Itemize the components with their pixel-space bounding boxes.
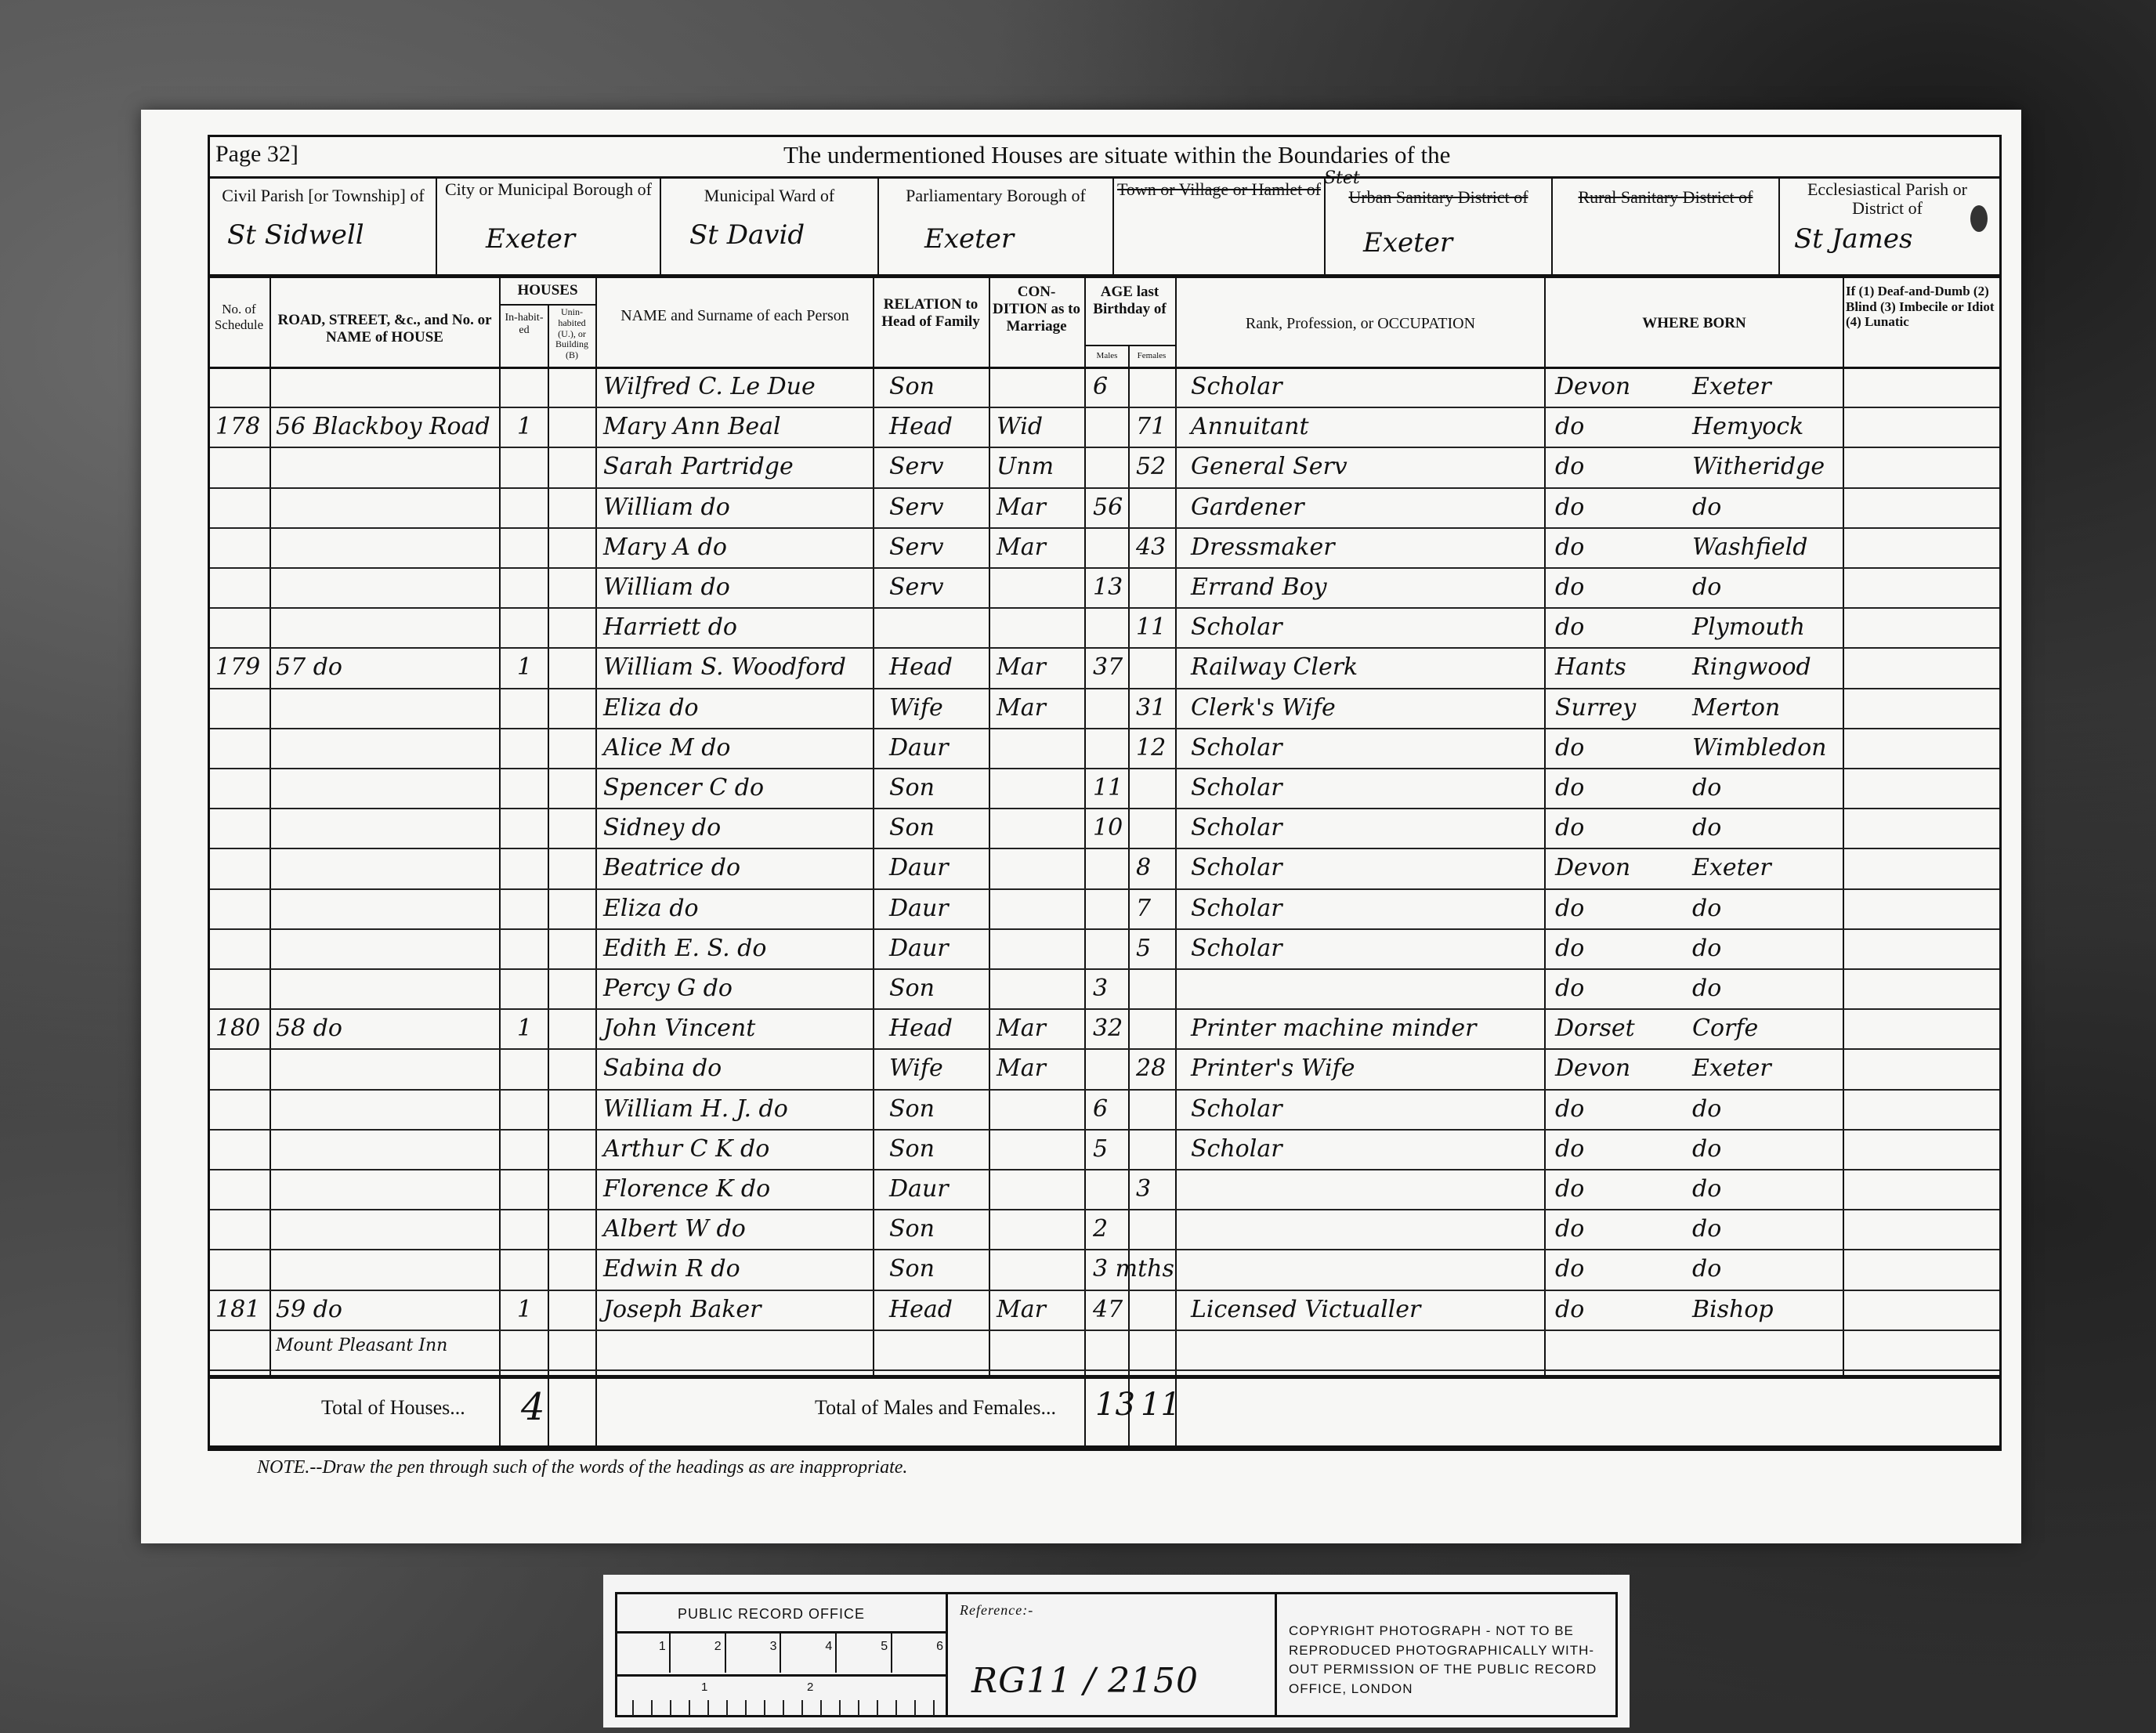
person-name: William do: [603, 573, 730, 601]
female-age: 28: [1136, 1055, 1166, 1082]
male-age: 6: [1093, 373, 1108, 400]
occupation: Scholar: [1191, 774, 1282, 801]
row-divider: [210, 808, 1999, 809]
male-age: 56: [1093, 494, 1123, 521]
person-name: Mary A do: [603, 534, 727, 561]
col-divider: [269, 278, 271, 1379]
male-age: 5: [1093, 1135, 1108, 1163]
person-name: Beatrice do: [603, 854, 740, 881]
divider: [208, 274, 2002, 278]
schedule-number: 179: [215, 653, 260, 681]
col-divider: [1544, 278, 1546, 1379]
scale-top: 123456: [615, 1634, 948, 1673]
col-uninhabited: Unin-habited (U.), or Building (B): [549, 307, 595, 361]
marital-condition: Mar: [997, 534, 1046, 561]
scale-bottom-1: 1: [701, 1681, 708, 1694]
col-divider: [1175, 278, 1177, 1445]
col-inhabited: In-habit-ed: [501, 312, 547, 337]
male-age: 37: [1093, 653, 1123, 681]
female-age: 7: [1136, 895, 1151, 922]
person-name: Edwin R do: [603, 1255, 740, 1283]
female-age: 3: [1136, 1175, 1151, 1203]
relation-to-head: Wife: [889, 694, 943, 722]
person-name: Sabina do: [603, 1055, 722, 1082]
col-condition: CON-DITION as to Marriage: [990, 284, 1083, 335]
divider: [208, 1375, 2002, 1379]
occupation: Errand Boy: [1191, 573, 1327, 601]
total-houses-value: 4: [521, 1385, 545, 1429]
birth-county: Hants: [1555, 653, 1626, 681]
scale-bottom-2: 2: [807, 1681, 814, 1694]
relation-to-head: Daur: [889, 895, 949, 922]
row-divider: [210, 1169, 1999, 1170]
marital-condition: Unm: [997, 453, 1054, 480]
birth-place: do: [1692, 1215, 1721, 1243]
divider: [208, 367, 2002, 369]
total-persons-label: Total of Males and Females...: [815, 1396, 1056, 1420]
schedule-number: 181: [215, 1296, 260, 1323]
person-name: Harriett do: [603, 613, 737, 641]
scale-mark: 2: [671, 1634, 726, 1673]
row-divider: [210, 527, 1999, 529]
total-females: 11: [1141, 1387, 1181, 1423]
birth-place: do: [1692, 935, 1721, 962]
birth-county: do: [1555, 1215, 1584, 1243]
birth-county: Devon: [1555, 373, 1630, 400]
district-label-rural-sanitary: Rural Sanitary District of: [1554, 188, 1777, 207]
road-address: 56 Blackboy Road: [276, 413, 490, 440]
birth-county: do: [1555, 814, 1584, 841]
relation-to-head: Head: [889, 653, 953, 681]
person-name: Florence K do: [603, 1175, 770, 1203]
birth-place: do: [1692, 573, 1721, 601]
divider: [436, 176, 437, 274]
relation-to-head: Daur: [889, 1175, 949, 1203]
row-divider: [210, 848, 1999, 849]
schedule-number: 178: [215, 413, 260, 440]
female-age: 12: [1136, 734, 1166, 762]
occupation: Railway Clerk: [1191, 653, 1358, 681]
male-age: 10: [1093, 814, 1123, 841]
divider: [877, 176, 879, 274]
person-name: Albert W do: [603, 1215, 746, 1243]
male-age: 47: [1093, 1296, 1123, 1323]
divider: [208, 1445, 2002, 1449]
stet-insertion: Stet: [1324, 168, 1360, 188]
col-divider: [548, 306, 549, 1445]
birth-place: Witheridge: [1692, 453, 1825, 480]
divider: [1084, 345, 1175, 346]
birth-county: do: [1555, 1135, 1584, 1163]
district-label-civil-parish: Civil Parish [or Township] of: [212, 186, 435, 205]
male-age: 32: [1093, 1015, 1123, 1042]
row-divider: [210, 407, 1999, 408]
person-name: Eliza do: [603, 694, 699, 722]
relation-to-head: Son: [889, 1255, 935, 1283]
scale-ticks: [615, 1677, 948, 1716]
inhabited-count: 1: [517, 1015, 532, 1042]
marital-condition: Mar: [997, 694, 1046, 722]
male-age: 11: [1093, 774, 1123, 801]
relation-to-head: Serv: [889, 453, 944, 480]
occupation: Printer machine minder: [1191, 1015, 1476, 1042]
marital-condition: Mar: [997, 494, 1046, 521]
person-name: William S. Woodford: [603, 653, 846, 681]
inhabited-count: 1: [517, 653, 532, 681]
col-relation: RELATION to Head of Family: [874, 296, 987, 331]
occupation: Scholar: [1191, 854, 1282, 881]
col-infirmity: If (1) Deaf-and-Dumb (2) Blind (3) Imbec…: [1846, 284, 1996, 330]
occupation: Scholar: [1191, 935, 1282, 962]
scale-mark: 6: [892, 1634, 948, 1673]
row-divider: [210, 1330, 1999, 1331]
road-address: Mount Pleasant Inn: [276, 1336, 447, 1355]
col-age: AGE last Birthday of: [1086, 284, 1174, 318]
birth-county: do: [1555, 534, 1584, 561]
relation-to-head: Son: [889, 1135, 935, 1163]
female-age: 52: [1136, 453, 1166, 480]
male-age: 13: [1093, 573, 1123, 601]
schedule-number: 180: [215, 1015, 260, 1042]
person-name: Percy G do: [603, 975, 733, 1002]
ink-blot: [1970, 205, 1988, 232]
marital-condition: Mar: [997, 1015, 1046, 1042]
relation-to-head: Son: [889, 814, 935, 841]
relation-to-head: Head: [889, 1015, 953, 1042]
col-schedule: No. of Schedule: [210, 302, 268, 332]
scale-mark: 3: [726, 1634, 782, 1673]
birth-county: do: [1555, 975, 1584, 1002]
col-divider: [595, 278, 597, 1445]
male-age: 6: [1093, 1095, 1108, 1123]
total-males: 13: [1095, 1387, 1135, 1423]
birth-place: do: [1692, 1135, 1721, 1163]
female-age: 5: [1136, 935, 1151, 962]
female-age: 43: [1136, 534, 1166, 561]
district-value-ecclesiastical: St James: [1794, 223, 1912, 255]
col-divider: [1084, 278, 1086, 1445]
row-divider: [210, 728, 1999, 729]
divider: [499, 304, 595, 306]
relation-to-head: Head: [889, 413, 953, 440]
birth-place: do: [1692, 975, 1721, 1002]
occupation: Scholar: [1191, 613, 1282, 641]
district-label-urban-sanitary: Urban Sanitary District of: [1327, 188, 1550, 207]
marital-condition: Mar: [997, 1055, 1046, 1082]
birth-place: do: [1692, 1095, 1721, 1123]
person-name: Alice M do: [603, 734, 730, 762]
occupation: Licensed Victualler: [1191, 1296, 1420, 1323]
pro-office: PUBLIC RECORD OFFICE: [678, 1606, 865, 1623]
person-name: William do: [603, 494, 730, 521]
marital-condition: Mar: [997, 1296, 1046, 1323]
birth-county: Devon: [1555, 854, 1630, 881]
occupation: Gardener: [1191, 494, 1304, 521]
relation-to-head: Wife: [889, 1055, 943, 1082]
district-label-parliamentary: Parliamentary Borough of: [881, 186, 1111, 205]
col-divider: [499, 278, 501, 1445]
birth-place: Corfe: [1692, 1015, 1758, 1042]
reference-label: Reference:-: [960, 1602, 1033, 1619]
birth-place: Merton: [1692, 694, 1780, 722]
row-divider: [210, 968, 1999, 970]
col-road: ROAD, STREET, &c., and No. or NAME of HO…: [273, 312, 497, 346]
district-label-town-struck: Town or Village or Hamlet of: [1116, 180, 1322, 199]
reference-value: RG11 / 2150: [971, 1661, 1199, 1701]
person-name: Wilfred C. Le Due: [603, 373, 816, 400]
person-name: Spencer C do: [603, 774, 764, 801]
row-divider: [210, 607, 1999, 609]
relation-to-head: Daur: [889, 935, 949, 962]
female-age: 31: [1136, 694, 1166, 722]
district-value-civil-parish: St Sidwell: [227, 219, 364, 251]
birth-place: do: [1692, 1175, 1721, 1203]
occupation: General Serv: [1191, 453, 1347, 480]
relation-to-head: Serv: [889, 494, 944, 521]
relation-to-head: Son: [889, 975, 935, 1002]
occupation: Scholar: [1191, 895, 1282, 922]
birth-county: Surrey: [1555, 694, 1636, 722]
birth-place: do: [1692, 1255, 1721, 1283]
birth-place: do: [1692, 814, 1721, 841]
birth-place: Exeter: [1692, 1055, 1771, 1082]
birth-place: do: [1692, 774, 1721, 801]
birth-county: Devon: [1555, 1055, 1630, 1082]
female-age: 71: [1136, 413, 1166, 440]
row-divider: [210, 567, 1999, 569]
person-name: William H. J. do: [603, 1095, 788, 1123]
col-occupation: Rank, Profession, or OCCUPATION: [1178, 315, 1543, 333]
male-age: 2: [1093, 1215, 1108, 1243]
birth-place: Hemyock: [1692, 413, 1803, 440]
relation-to-head: Son: [889, 1215, 935, 1243]
col-name: NAME and Surname of each Person: [599, 307, 870, 325]
male-age: 3 mths: [1093, 1255, 1174, 1283]
relation-to-head: Daur: [889, 734, 949, 762]
occupation: Dressmaker: [1191, 534, 1335, 561]
row-divider: [210, 1008, 1999, 1010]
row-divider: [210, 1249, 1999, 1250]
birth-place: Plymouth: [1692, 613, 1805, 641]
male-age: 3: [1093, 975, 1108, 1002]
occupation: Scholar: [1191, 814, 1282, 841]
birth-place: Bishop: [1692, 1296, 1774, 1323]
occupation: Scholar: [1191, 1135, 1282, 1163]
relation-to-head: Head: [889, 1296, 953, 1323]
col-divider: [989, 278, 990, 1379]
row-divider: [210, 688, 1999, 689]
relation-to-head: Son: [889, 774, 935, 801]
marital-condition: Wid: [997, 413, 1043, 440]
divider: [1112, 176, 1114, 274]
person-name: John Vincent: [603, 1015, 755, 1042]
birth-county: do: [1555, 1296, 1584, 1323]
birth-place: do: [1692, 494, 1721, 521]
birth-place: Ringwood: [1692, 653, 1811, 681]
person-name: Arthur C K do: [603, 1135, 769, 1163]
road-address: 57 do: [276, 653, 342, 681]
occupation: Annuitant: [1191, 413, 1309, 440]
relation-to-head: Serv: [889, 534, 944, 561]
row-divider: [210, 1290, 1999, 1291]
row-divider: [210, 647, 1999, 649]
row-divider: [210, 447, 1999, 448]
birth-place: Wimbledon: [1692, 734, 1827, 762]
relation-to-head: Serv: [889, 573, 944, 601]
total-houses-label: Total of Houses...: [321, 1396, 465, 1420]
occupation: Scholar: [1191, 1095, 1282, 1123]
divider: [1551, 176, 1553, 274]
birth-county: do: [1555, 774, 1584, 801]
person-name: Sarah Partridge: [603, 453, 794, 480]
divider: [1324, 176, 1326, 274]
birth-county: do: [1555, 734, 1584, 762]
copyright-notice: COPYRIGHT PHOTOGRAPH - NOT TO BE REPRODU…: [1289, 1622, 1602, 1699]
divider: [1778, 176, 1780, 274]
row-divider: [210, 888, 1999, 890]
birth-county: do: [1555, 1175, 1584, 1203]
birth-county: do: [1555, 1255, 1584, 1283]
row-divider: [210, 1209, 1999, 1210]
col-divider: [873, 278, 874, 1379]
birth-county: do: [1555, 613, 1584, 641]
birth-county: Dorset: [1555, 1015, 1635, 1042]
col-divider: [1843, 278, 1844, 1379]
female-age: 11: [1136, 613, 1166, 641]
row-divider: [210, 768, 1999, 769]
row-divider: [210, 1369, 1999, 1371]
relation-to-head: Son: [889, 373, 935, 400]
district-value-city: Exeter: [486, 223, 575, 255]
col-houses: HOUSES: [501, 282, 594, 299]
person-name: Joseph Baker: [603, 1296, 761, 1323]
birth-place: Washfield: [1692, 534, 1807, 561]
road-address: 59 do: [276, 1296, 342, 1323]
relation-to-head: Son: [889, 1095, 935, 1123]
person-name: Eliza do: [603, 895, 699, 922]
scale-mark: 4: [781, 1634, 837, 1673]
col-females: Females: [1130, 351, 1174, 361]
birth-county: do: [1555, 1095, 1584, 1123]
occupation: Scholar: [1191, 734, 1282, 762]
birth-place: do: [1692, 895, 1721, 922]
marital-condition: Mar: [997, 653, 1046, 681]
person-name: Mary Ann Beal: [603, 413, 781, 440]
row-divider: [210, 928, 1999, 930]
divider: [208, 176, 2002, 179]
occupation: Scholar: [1191, 373, 1282, 400]
scale-mark: 5: [837, 1634, 892, 1673]
district-value-urban-sanitary: Exeter: [1363, 227, 1452, 259]
birth-county: do: [1555, 573, 1584, 601]
district-label-city: City or Municipal Borough of: [439, 180, 658, 199]
inhabited-count: 1: [517, 1296, 532, 1323]
col-males: Males: [1086, 351, 1128, 361]
birth-place: Exeter: [1692, 854, 1771, 881]
birth-county: do: [1555, 494, 1584, 521]
birth-place: Exeter: [1692, 373, 1771, 400]
row-divider: [210, 1048, 1999, 1050]
pro-label: PUBLIC RECORD OFFICE 123456 1 2 Referenc…: [603, 1575, 1630, 1728]
row-divider: [210, 487, 1999, 489]
birth-county: do: [1555, 895, 1584, 922]
district-label-ward: Municipal Ward of: [663, 186, 876, 205]
district-value-parliamentary: Exeter: [924, 223, 1014, 255]
birth-county: do: [1555, 935, 1584, 962]
district-label-ecclesiastical: Ecclesiastical Parish or District of: [1782, 180, 1993, 218]
row-divider: [210, 1129, 1999, 1131]
road-address: 58 do: [276, 1015, 342, 1042]
occupation: Clerk's Wife: [1191, 694, 1336, 722]
occupation: Printer's Wife: [1191, 1055, 1355, 1082]
district-value-ward: St David: [689, 219, 805, 251]
row-divider: [210, 1089, 1999, 1091]
inhabited-count: 1: [517, 413, 532, 440]
col-where-born: WHERE BORN: [1547, 315, 1841, 332]
divider: [660, 176, 661, 274]
person-name: Sidney do: [603, 814, 721, 841]
footnote: NOTE.--Draw the pen through such of the …: [257, 1457, 907, 1478]
relation-to-head: Daur: [889, 854, 949, 881]
birth-county: do: [1555, 413, 1584, 440]
scale-mark: 1: [615, 1634, 671, 1673]
birth-county: do: [1555, 453, 1584, 480]
person-name: Edith E. S. do: [603, 935, 766, 962]
female-age: 8: [1136, 854, 1151, 881]
